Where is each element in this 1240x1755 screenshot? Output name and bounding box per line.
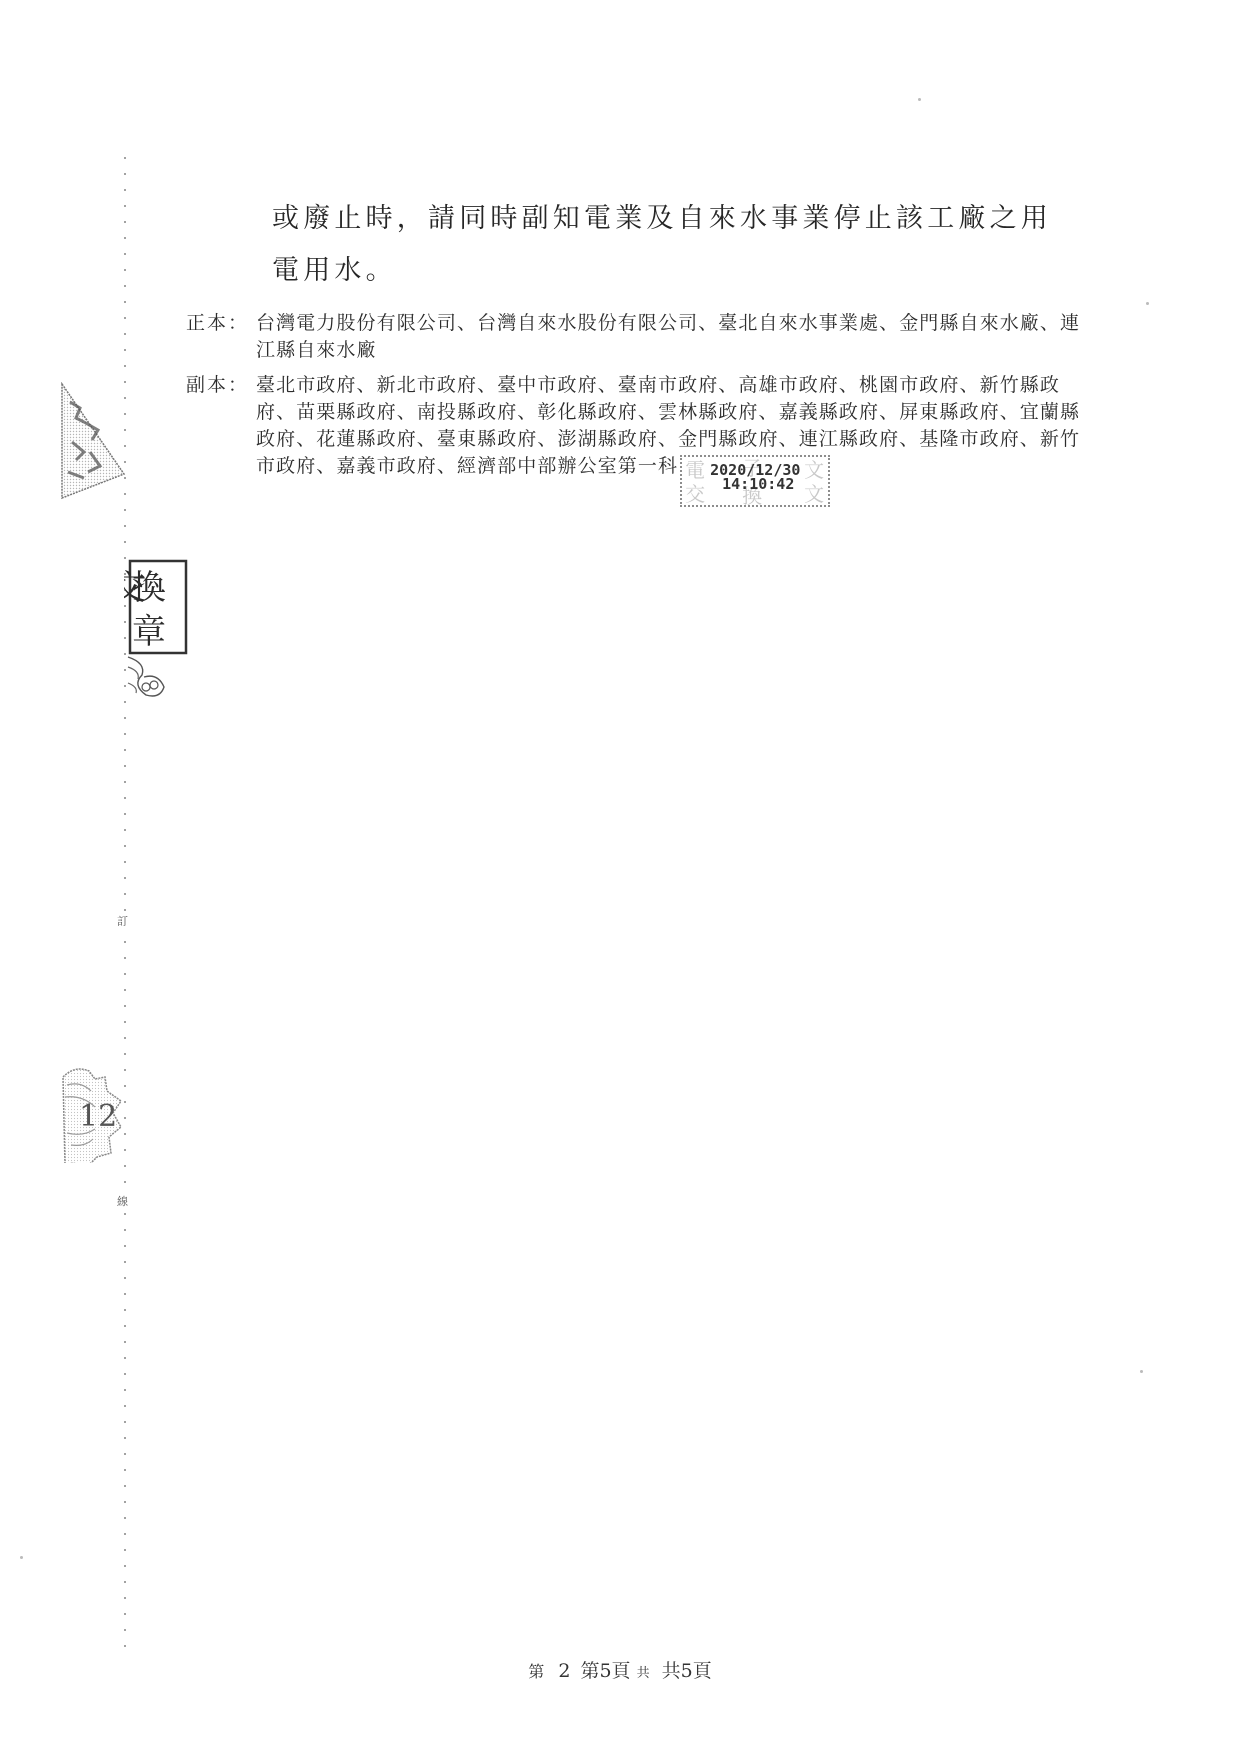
seal-time: 14:10:42: [722, 476, 794, 492]
seal-bg-char: 文: [804, 457, 825, 484]
copy-recipients-text: 臺北市政府、新北市政府、臺中市政府、臺南市政府、高雄市政府、桃園市政府、新竹縣政…: [256, 374, 1080, 477]
page-current: 2: [558, 1660, 570, 1682]
page-footer: 第 2 第5頁 共 共5頁: [0, 1656, 1240, 1683]
page-overlay-a: 第5頁: [580, 1656, 630, 1683]
document-page: 訂 線 換 章 交 12 或廢止時: [0, 0, 1240, 1755]
page-count-number: 12: [79, 1099, 117, 1134]
page-total: 共5頁: [662, 1656, 712, 1683]
scan-speck: [20, 1556, 23, 1559]
original-label: 正本：: [186, 310, 256, 337]
copy-recipients-list: 臺北市政府、新北市政府、臺中市政府、臺南市政府、高雄市政府、桃園市政府、新竹縣政…: [256, 372, 1088, 507]
seal-bg-char: 電: [685, 457, 706, 484]
binding-mark-xian: 線: [117, 1195, 128, 1209]
body-text-line-1: 或廢止時，請同時副知電業及自來水事業停止該工廠之用: [272, 196, 1052, 235]
copy-recipients-block: 副本： 臺北市政府、新北市政府、臺中市政府、臺南市政府、高雄市政府、桃園市政府、…: [186, 372, 1088, 507]
rect-exchange-stamp: 換 章 交: [124, 557, 190, 707]
electronic-document-seal: 電子文交換文2020/12/3014:10:42: [680, 455, 830, 507]
seal-bg-char: 文: [804, 481, 825, 508]
body-text-line-2: 電用水。: [272, 248, 397, 287]
scan-speck: [918, 98, 921, 101]
page-label-prefix: 第: [528, 1659, 544, 1682]
scan-speck: [1140, 1370, 1143, 1373]
seal-bg-char: 交: [685, 481, 706, 508]
scan-speck: [1146, 302, 1149, 305]
svg-text:章: 章: [132, 612, 166, 652]
triangle-exchange-stamp: [60, 382, 126, 500]
svg-text:交: 交: [124, 568, 146, 608]
binding-dotted-line: [124, 150, 126, 1660]
original-recipients-list: 台灣電力股份有限公司、台灣自來水股份有限公司、臺北自來水事業處、金門縣自來水廠、…: [256, 310, 1088, 364]
original-recipients-block: 正本： 台灣電力股份有限公司、台灣自來水股份有限公司、臺北自來水事業處、金門縣自…: [186, 310, 1088, 364]
page-count-stamp: 12: [55, 1063, 125, 1163]
page-overlay-b: 共: [637, 1662, 650, 1681]
copy-label: 副本：: [186, 372, 256, 399]
binding-mark-ding: 訂: [117, 915, 128, 929]
